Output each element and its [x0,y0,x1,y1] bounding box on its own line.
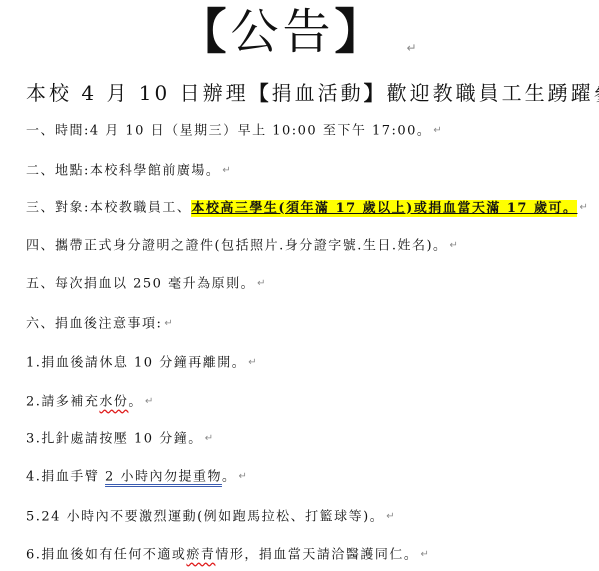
item-time-text: 一、時間:4 月 10 日（星期三）早上 10:00 至下午 17:00。 [26,124,431,139]
note-hydration: 2.請多補充水份。↵ [26,392,155,413]
subtitle-suffix: 歡迎教職員工生踴躍參加 [387,81,599,105]
item-location: 二、地點:本校科學館前廣場。↵ [26,161,232,182]
grammar-flagged-phrase[interactable]: 2 小時內勿提重物 [105,470,222,485]
item-volume: 五、每次捐血以 250 毫升為原則。↵ [26,274,267,295]
paragraph-mark-icon: ↵ [420,549,430,560]
item-audience-prefix: 三、對象:本校教職員工、 [26,201,191,216]
item-audience: 三、對象:本校教職員工、本校高三學生(須年滿 17 歲以上)或捐血當天滿 17 … [26,198,589,219]
paragraph-mark-icon: ↵ [222,165,232,176]
item-volume-text: 五、每次捐血以 250 毫升為原則。 [26,277,255,292]
note-exercise: 5.24 小時內不要激烈運動(例如跑馬拉松、打籃球等)。↵ [26,507,396,528]
item-id-requirement-text: 四、攜帶正式身分證明之證件(包括照片.身分證字號.生日.姓名)。 [26,239,448,254]
note-rest: 1.捐血後請休息 10 分鐘再離開。↵ [26,353,258,374]
paragraph-mark-icon: ↵ [386,511,396,522]
note-pressure: 3.扎針處請按壓 10 分鐘。↵ [26,429,215,450]
subtitle-prefix: 本校 4 月 10 日辦理 [26,81,249,105]
note-pressure-text: 3.扎針處請按壓 10 分鐘。 [26,432,203,447]
item-aftercare-heading: 六、捐血後注意事項:↵ [26,314,174,335]
announcement-title: 【公告】↵ [0,2,599,78]
spelling-flagged-word[interactable]: 水份 [99,395,128,410]
note-discomfort-suffix: 情形，捐血當天請洽醫護同仁。 [215,548,418,563]
document-page: 【公告】↵ 本校 4 月 10 日辦理【捐血活動】歡迎教職員工生踴躍參加↵ 一、… [0,0,599,571]
item-time: 一、時間:4 月 10 日（星期三）早上 10:00 至下午 17:00。↵ [26,121,443,142]
subtitle-open-bracket: 【 [249,81,272,105]
note-discomfort-prefix: 6.捐血後如有任何不適或 [26,548,186,563]
subtitle-close-bracket: 】 [364,81,387,105]
note-exercise-text: 5.24 小時內不要激烈運動(例如跑馬拉松、打籃球等)。 [26,510,384,525]
paragraph-mark-icon: ↵ [406,41,420,55]
note-rest-text: 1.捐血後請休息 10 分鐘再離開。 [26,356,246,371]
paragraph-mark-icon: ↵ [433,125,443,136]
note-arm-suffix: 。 [222,470,237,485]
note-arm: 4.捐血手臂 2 小時內勿提重物。↵ [26,467,248,488]
title-open-bracket: 【 [178,4,230,60]
paragraph-mark-icon: ↵ [248,357,258,368]
paragraph-mark-icon: ↵ [238,471,248,482]
paragraph-mark-icon: ↵ [579,202,589,213]
paragraph-mark-icon: ↵ [145,396,155,407]
note-arm-prefix: 4.捐血手臂 [26,470,105,485]
subtitle-event: 捐血活動 [272,81,364,105]
note-hydration-suffix: 。 [128,395,143,410]
note-discomfort: 6.捐血後如有任何不適或瘀青情形，捐血當天請洽醫護同仁。↵ [26,545,430,566]
spelling-flagged-word[interactable]: 瘀青 [186,548,215,563]
announcement-subtitle: 本校 4 月 10 日辦理【捐血活動】歡迎教職員工生踴躍參加↵ [26,80,599,108]
paragraph-mark-icon: ↵ [164,318,174,329]
paragraph-mark-icon: ↵ [450,240,460,251]
item-aftercare-heading-text: 六、捐血後注意事項: [26,317,162,332]
item-id-requirement: 四、攜帶正式身分證明之證件(包括照片.身分證字號.生日.姓名)。↵ [26,236,459,257]
highlighted-eligibility-text: 本校高三學生(須年滿 17 歲以上)或捐血當天滿 17 歲可。 [191,200,577,217]
title-text: 公告 [230,4,334,60]
item-location-text: 二、地點:本校科學館前廣場。 [26,164,220,179]
title-close-bracket: 】 [334,4,386,60]
paragraph-mark-icon: ↵ [257,278,267,289]
note-hydration-prefix: 2.請多補充 [26,395,99,410]
paragraph-mark-icon: ↵ [205,433,215,444]
